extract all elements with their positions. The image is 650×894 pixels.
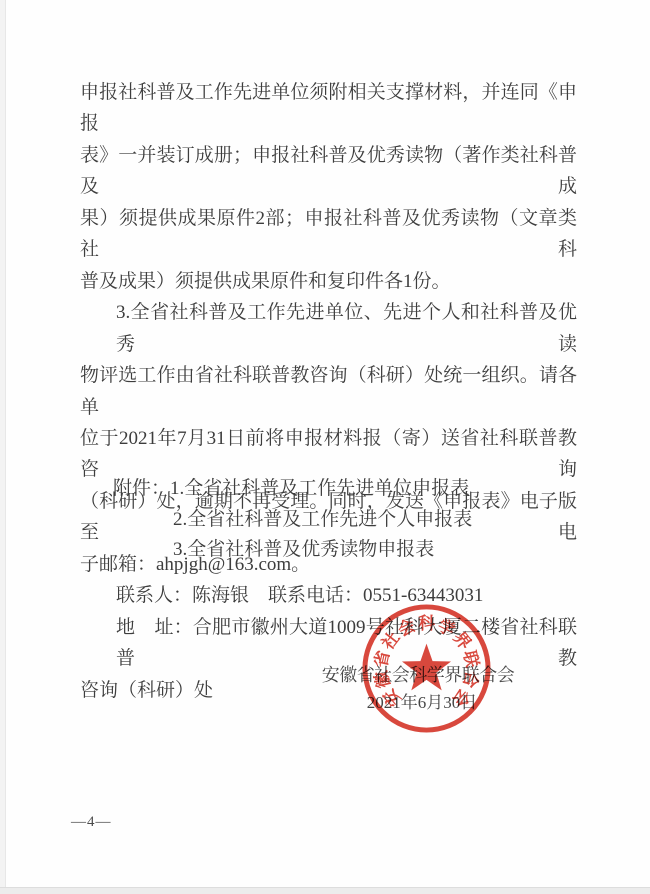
attachment-item: 2.全省社科普及工作先进个人申报表 [80, 505, 577, 536]
page-number: —4— [71, 814, 112, 831]
seal-char: 科 [418, 613, 435, 633]
document-page: { "body": { "lines": [ "申报社科普及工作先进单位须附相关… [0, 0, 650, 894]
seal-char: 会 [448, 685, 474, 711]
body-line: 物评选工作由省社科联普教咨询（科研）处统一组织。请各单 [80, 360, 577, 423]
seal-star [402, 644, 451, 691]
attachment-item: 3.全省社科普及优秀读物申报表 [80, 535, 577, 566]
seal-char: 联 [460, 649, 483, 670]
body-line: 3.全省社科普及工作先进单位、先进个人和社科普及优秀读 [80, 297, 577, 360]
body-line: 普及成果）须提供成果原件和复印件各1份。 [80, 266, 577, 297]
attachments-block: 附件：1.全省社科普及工作先进单位申报表 2.全省社科普及工作先进个人申报表 3… [80, 474, 577, 566]
scan-edge-left [0, 0, 6, 894]
seal-char: 徽 [370, 669, 394, 690]
body-line: 果）须提供成果原件2部；申报社科普及优秀读物（文章类社科 [80, 203, 577, 266]
body-line: 表》一并装订成册；申报社科普及优秀读物（著作类社科普及成 [80, 140, 577, 203]
official-seal: 安徽省社会科学界联合会 [357, 599, 496, 738]
attachment-item: 附件：1.全省社科普及工作先进单位申报表 [80, 474, 577, 505]
body-text-block: 申报社科普及工作先进单位须附相关支撑材料，并连同《申报 表》一并装订成册；申报社… [80, 77, 577, 706]
contact-person-line: 联系人：陈海银 联系电话：0551-63443031 [80, 580, 577, 611]
scan-edge-bottom [0, 887, 650, 894]
body-line: 申报社科普及工作先进单位须附相关支撑材料，并连同《申报 [80, 77, 577, 140]
